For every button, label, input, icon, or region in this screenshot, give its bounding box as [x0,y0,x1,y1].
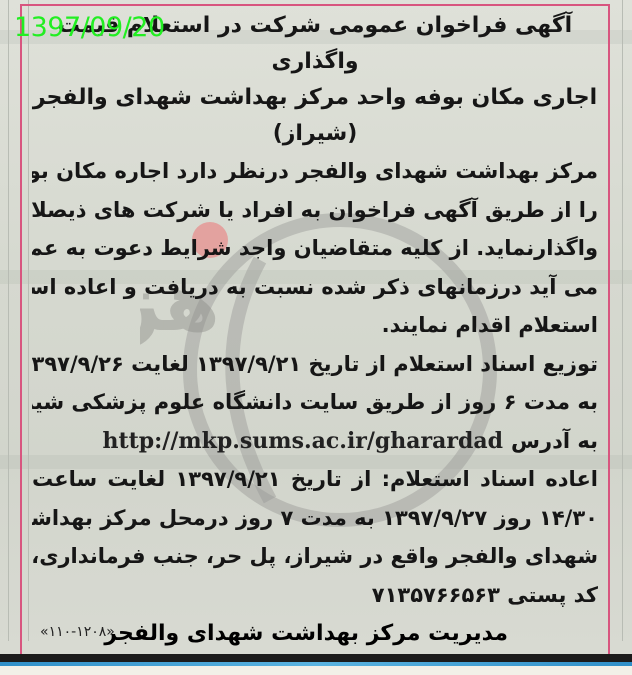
title-line: اجاری مکان بوفه واحد مرکز بهداشت شهدای و… [32,80,598,116]
title-line: (شیراز) [32,116,598,152]
signature: مدیریت مرکز بهداشت شهدای والفجر [104,618,508,650]
column-rule [8,0,9,641]
date-stamp: 1397/09/20 [14,12,165,43]
tender-url-link[interactable]: http://mkp.sums.ac.ir/gharardad [102,422,503,461]
body-line: استعلام اقدام نمایند. [32,306,598,345]
body-line: واگذارنماید. از کلیه متقاضیان واجد شرایط… [32,229,598,268]
reference-code: «۱۱۰-۱۲۰۸» [40,624,115,640]
newspaper-page: هزاره 1397/09/20 آگهی فراخوان عمومی شرکت… [0,0,632,658]
ad-body: مرکز بهداشت شهدای والفجر درنظر دارد اجار… [32,152,598,614]
body-line: مرکز بهداشت شهدای والفجر درنظر دارد اجار… [32,152,598,191]
postal-code-line: کد پستی ۷۱۳۵۷۶۶۵۶۳ [32,576,598,615]
body-line: توزیع اسناد استعلام از تاریخ ۱۳۹۷/۹/۲۱ ل… [32,345,598,384]
body-line: ۱۴/۳۰ روز ۱۳۹۷/۹/۲۷ به مدت ۷ روز درمحل م… [32,499,598,538]
column-rule [622,0,623,641]
scan-margin [0,666,632,675]
body-line: را از طریق آگهی فراخوان به افراد یا شرکت… [32,191,598,230]
body-line: به مدت ۶ روز از طریق سایت دانشگاه علوم پ… [32,383,598,422]
ad-footer: مدیریت مرکز بهداشت شهدای والفجر «۱۱۰-۱۲۰… [32,618,598,650]
address-prefix: به آدرس [511,422,598,461]
body-line: می آید درزمانهای ذکر شده نسبت به دریافت … [32,268,598,307]
body-line: اعاده اسناد استعلام: از تاریخ ۱۳۹۷/۹/۲۱ … [32,460,598,499]
ad-content: آگهی فراخوان عمومی شرکت در استعلام قیمت … [32,8,598,614]
address-line: به آدرس http://mkp.sums.ac.ir/gharardad [32,422,598,461]
page-bottom-rule [0,654,632,662]
body-line: شهدای والفجر واقع در شیراز، پل حر، جنب ف… [32,537,598,576]
